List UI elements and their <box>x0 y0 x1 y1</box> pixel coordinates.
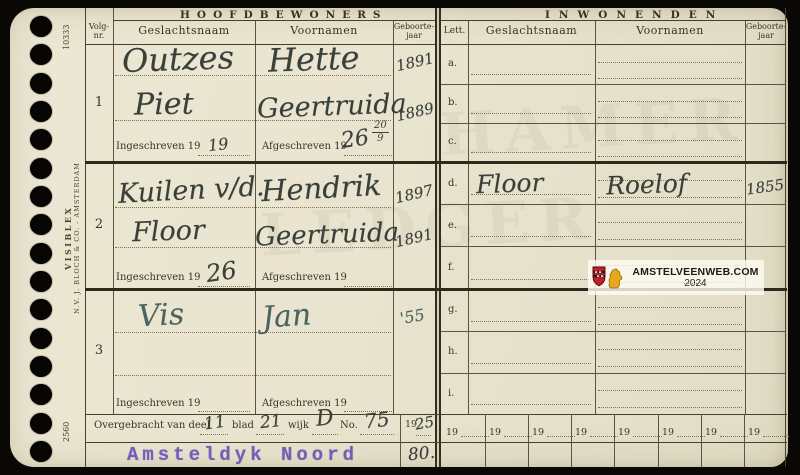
ingeschreven-label: Ingeschreven 19 <box>116 398 201 410</box>
col-header-volgnr-line1: Volg- <box>89 22 109 31</box>
dotted-line <box>471 113 591 114</box>
stock-number-bottom: 2560 <box>62 406 71 458</box>
dotted-line <box>416 435 431 436</box>
dotted-line <box>598 222 742 223</box>
afgeschreven-label: Afgeschreven 19 <box>262 141 347 153</box>
dotted-line <box>598 349 742 350</box>
dotted-line <box>344 286 392 287</box>
grid-line <box>441 373 785 374</box>
handwritten-surname: Kuilen v/d. <box>117 173 265 208</box>
printer-brand: VISIBLEX <box>63 178 73 298</box>
punch-hole <box>30 101 52 122</box>
grid-line <box>85 8 86 467</box>
handwritten-surname: Outzes <box>121 41 234 77</box>
grid-line <box>785 8 786 467</box>
table-divider <box>435 8 441 467</box>
dotted-line <box>471 404 591 405</box>
grid-line <box>85 414 787 415</box>
col-header-geboortejaar-right-line1: Geboorte- <box>746 22 786 31</box>
handwritten-afgeschreven-date: 20 9 <box>372 121 389 144</box>
dotted-line <box>471 279 591 280</box>
dotted-line <box>344 155 392 156</box>
punch-hole <box>30 271 52 292</box>
dotted-line <box>471 152 591 153</box>
fraction-numerator: 20 <box>372 121 389 133</box>
year-cell-label: 19 <box>705 428 717 438</box>
col-header-geslachtsnaam-right: Geslachtsnaam <box>468 25 595 38</box>
row-letter: c. <box>448 136 457 148</box>
handwritten-ingeschreven-year: 19 <box>207 136 229 154</box>
grid-line <box>441 246 785 247</box>
punch-hole <box>30 73 52 94</box>
handwritten-birthyear: 1855 <box>745 177 785 197</box>
site-watermark-year: 2024 <box>684 278 706 289</box>
grid-line <box>113 8 114 414</box>
col-header-volgnr-line2: nr. <box>94 31 105 40</box>
dotted-line <box>763 433 789 437</box>
dotted-line <box>598 390 742 391</box>
handwritten-firstname: Geertruida <box>257 90 407 122</box>
punch-hole <box>30 299 52 320</box>
heavy-rule <box>85 161 787 164</box>
dotted-line <box>598 239 742 240</box>
punch-hole <box>30 44 52 65</box>
year-cell-label: 19 <box>662 428 674 438</box>
dotted-line <box>115 375 391 376</box>
handwritten-no: 75 <box>363 409 391 432</box>
dotted-line <box>200 434 228 435</box>
col-header-geboortejaar-line2: jaar <box>406 31 422 40</box>
handwritten-firstname: Jan <box>261 300 312 333</box>
dotted-line <box>598 62 742 63</box>
punch-hole <box>30 441 52 462</box>
grid-line <box>468 20 469 414</box>
col-header-geboortejaar-right: Geboorte- jaar <box>745 22 787 40</box>
dotted-line <box>598 407 742 408</box>
row-letter: d. <box>448 178 458 190</box>
dotted-line <box>598 366 742 367</box>
registration-card: HAMER LEDGER 10333 VISIBLEX N.V. J. BLOC… <box>10 8 788 467</box>
amstelveen-coat-of-arms-icon <box>591 264 627 292</box>
punch-hole <box>30 158 52 179</box>
dotted-line <box>598 307 742 308</box>
grid-line <box>113 20 435 21</box>
afgeschreven-label: Afgeschreven 19 <box>262 398 347 410</box>
grid-line <box>441 204 785 205</box>
dotted-line <box>312 434 338 435</box>
year-cell-label: 19 <box>489 428 501 438</box>
row-letter: e. <box>448 220 457 232</box>
scanned-card-photo: HAMER LEDGER 10333 VISIBLEX N.V. J. BLOC… <box>0 0 800 475</box>
dotted-line <box>198 286 250 287</box>
grid-line <box>595 20 596 414</box>
col-header-geboortejaar-line1: Geboorte- <box>394 22 434 31</box>
year-cell-label: 19 <box>748 428 760 438</box>
row-letter: h. <box>448 346 458 358</box>
handwritten-first-year: 25 <box>414 414 435 432</box>
printer-company: N.V. J. BLOCH & CO. - AMSTERDAM <box>73 138 81 338</box>
dotted-line <box>471 363 591 364</box>
dotted-line <box>598 101 742 102</box>
dotted-line <box>360 434 394 435</box>
dotted-line <box>471 321 591 322</box>
handwritten-afgeschreven-year: 26 <box>340 127 371 153</box>
year-cell-label: 19 <box>446 428 458 438</box>
handwritten-birthyear: '55 <box>399 307 426 327</box>
handwritten-wijk: D <box>315 407 334 430</box>
grid-line <box>255 20 256 414</box>
col-header-geboortejaar: Geboorte- jaar <box>393 22 435 40</box>
dotted-line <box>598 140 742 141</box>
row-letter: b. <box>448 97 458 109</box>
grid-line <box>441 123 785 124</box>
handwritten-blad: 21 <box>259 413 282 432</box>
handwritten-firstname: Roelof <box>606 171 688 199</box>
year-cell-label: 19 <box>618 428 630 438</box>
punch-hole <box>30 356 52 377</box>
dotted-line <box>471 74 591 75</box>
col-header-voornamen-right: Voornamen <box>595 25 745 38</box>
dotted-line <box>598 78 742 79</box>
handwritten-birthyear: 1891 <box>395 51 436 74</box>
afgeschreven-label: Afgeschreven 19 <box>262 272 347 284</box>
grid-line <box>441 44 785 45</box>
address-street: Amsteldyk Noord <box>85 444 400 466</box>
handwritten-firstname: Hendrik <box>260 171 382 206</box>
ingeschreven-label: Ingeschreven 19 <box>116 141 201 153</box>
handwritten-firstname: Hette <box>267 41 360 76</box>
ingeschreven-label: Ingeschreven 19 <box>116 272 201 284</box>
site-watermark: AMSTELVEENWEB.COM 2024 <box>588 260 764 295</box>
col-header-voornamen: Voornamen <box>255 25 393 38</box>
transfer-label-wijk: wijk <box>288 420 309 432</box>
dotted-line <box>598 156 742 157</box>
grid-line <box>441 20 785 21</box>
year-cell-label: 19 <box>575 428 587 438</box>
binder-holes <box>30 16 56 462</box>
handwritten-surname: Floor <box>476 170 544 197</box>
col-header-geslachtsnaam: Geslachtsnaam <box>113 25 255 38</box>
site-watermark-url: AMSTELVEENWEB.COM <box>632 266 758 278</box>
volgnr-3: 3 <box>85 344 113 359</box>
year-cell-label: 19 <box>532 428 544 438</box>
stock-number-top: 10333 <box>62 11 71 63</box>
volgnr-2: 2 <box>85 218 113 233</box>
transfer-label-blad: blad <box>232 420 254 432</box>
row-letter: f. <box>448 262 455 274</box>
punch-hole <box>30 328 52 349</box>
handwritten-firstname: Geertruida <box>255 219 400 250</box>
grid-line <box>441 84 785 85</box>
dotted-line <box>598 117 742 118</box>
handwritten-surname: Floor <box>132 217 206 247</box>
fraction-denominator: 9 <box>372 133 389 144</box>
punch-hole <box>30 413 52 434</box>
punch-hole <box>30 214 52 235</box>
punch-hole <box>30 186 52 207</box>
handwritten-house-number: 80. <box>407 445 436 465</box>
punch-hole <box>30 16 52 37</box>
grid-line <box>85 442 787 443</box>
dotted-line <box>598 324 742 325</box>
transfer-label-deel: Overgebracht van deel <box>94 420 210 432</box>
punch-hole <box>30 129 52 150</box>
grid-line <box>441 331 785 332</box>
dotted-line <box>198 155 250 156</box>
dotted-line <box>256 434 284 435</box>
col-header-lett: Lett. <box>441 26 468 36</box>
handwritten-surname: Piet <box>134 89 194 120</box>
row-letter: g. <box>448 304 458 316</box>
handwritten-surname: Vis <box>137 300 185 332</box>
year-cell: 19 <box>744 418 793 437</box>
volgnr-1: 1 <box>85 96 113 111</box>
handwritten-deel: 11 <box>203 414 227 434</box>
transfer-label-no: No. <box>340 420 358 432</box>
col-header-volgnr: Volg- nr. <box>85 22 113 40</box>
handwritten-ingeschreven-year: 26 <box>204 258 238 286</box>
punch-hole <box>30 384 52 405</box>
row-letter: i. <box>448 388 454 400</box>
punch-hole <box>30 243 52 264</box>
grid-line <box>400 414 401 467</box>
grid-line <box>745 20 746 414</box>
dotted-line <box>471 236 591 237</box>
col-header-geboortejaar-right-line2: jaar <box>758 31 774 40</box>
row-letter: a. <box>448 58 457 70</box>
site-watermark-text: AMSTELVEENWEB.COM 2024 <box>630 266 761 289</box>
